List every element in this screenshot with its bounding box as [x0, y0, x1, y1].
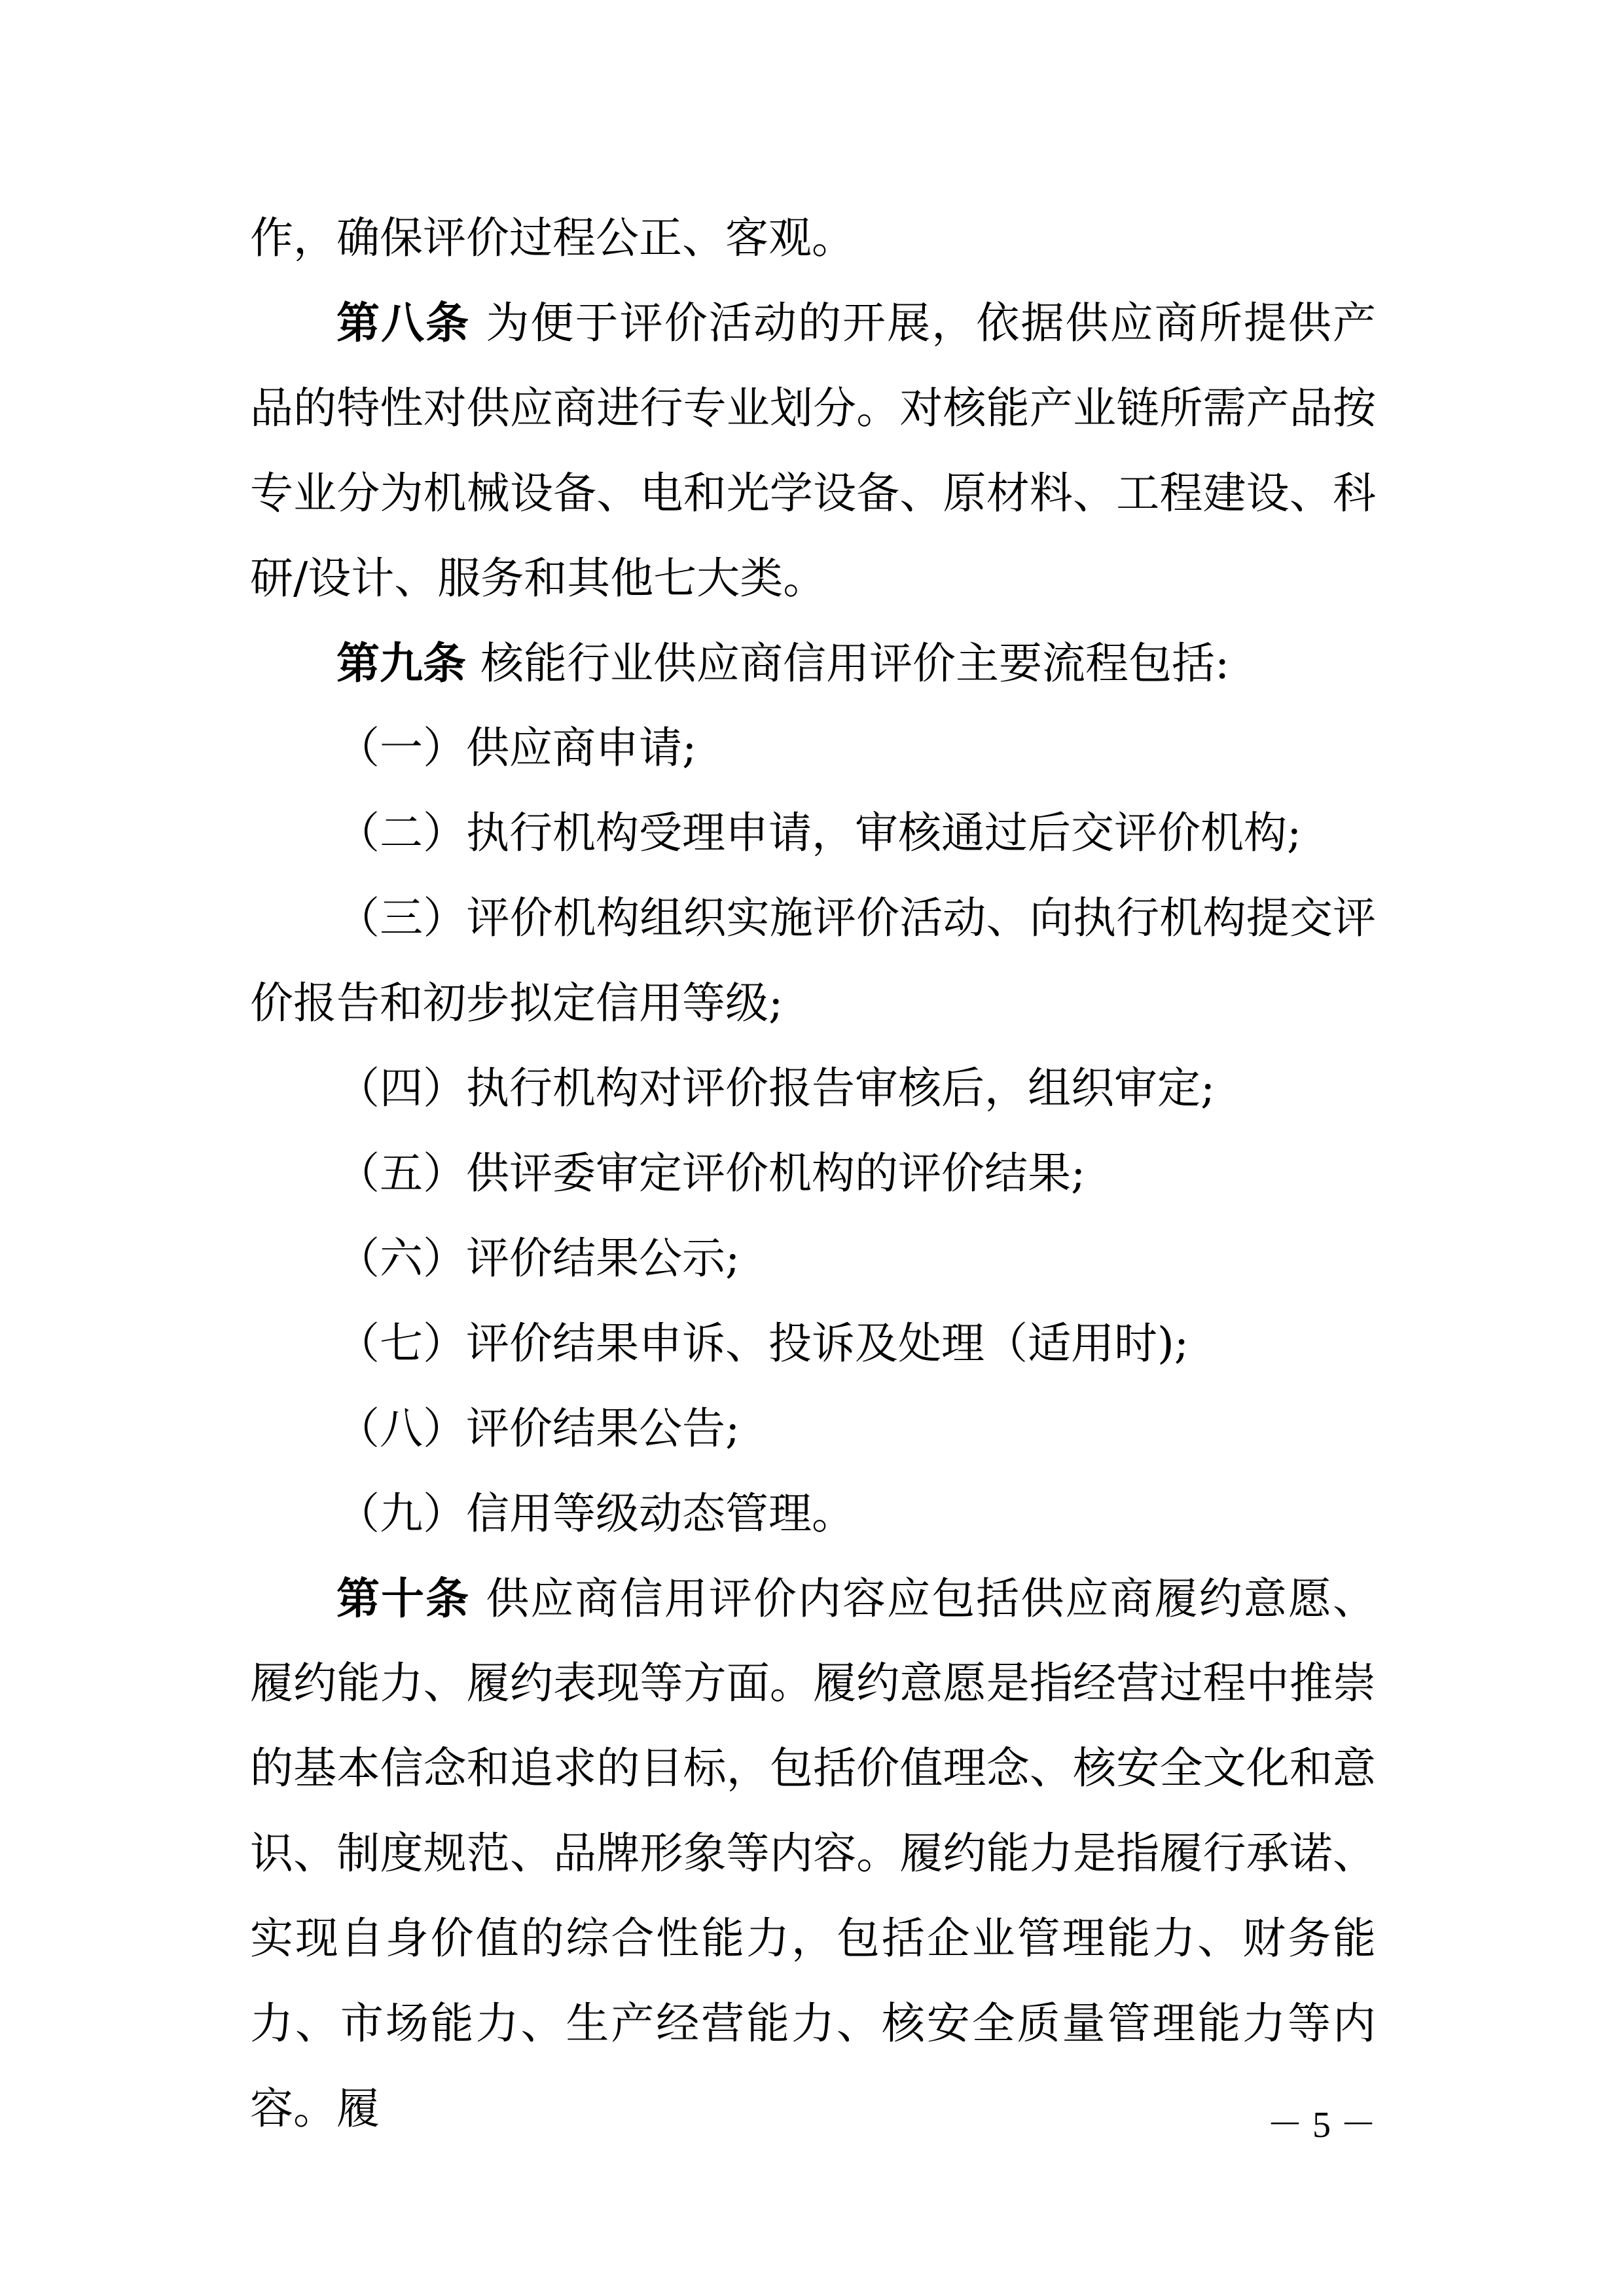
list-item-5: （五）供评委审定评价机构的评价结果; — [250, 1131, 1376, 1216]
list-item-text: （五）供评委审定评价机构的评价结果; — [336, 1148, 1085, 1198]
list-item-text: （八）评价结果公告; — [336, 1403, 740, 1454]
list-item-text: （九）信用等级动态管理。 — [336, 1488, 855, 1539]
list-item-7: （七）评价结果申诉、投诉及处理（适用时); — [250, 1301, 1376, 1386]
list-item-text: （六）评价结果公示; — [336, 1233, 740, 1283]
list-item-9: （九）信用等级动态管理。 — [250, 1471, 1376, 1556]
list-item-text: （二）执行机构受理申请，审核通过后交评价机构; — [336, 808, 1301, 858]
article-9-paragraph: 第九条核能行业供应商信用评价主要流程包括: — [250, 621, 1376, 706]
list-item-6: （六）评价结果公示; — [250, 1216, 1376, 1301]
list-item-text: （七）评价结果申诉、投诉及处理（适用时); — [336, 1318, 1189, 1369]
article-heading: 第九条 — [336, 638, 466, 689]
article-heading: 第十条 — [336, 1573, 470, 1624]
list-item-4: （四）执行机构对评价报告审核后，组织审定; — [250, 1046, 1376, 1131]
article-10-paragraph: 第十条供应商信用评价内容应包括供应商履约意愿、履约能力、履约表现等方面。履约意愿… — [250, 1556, 1376, 2151]
paragraph-text: 核能行业供应商信用评价主要流程包括: — [480, 638, 1229, 689]
page-number: － 5 － — [1267, 2102, 1377, 2148]
list-item-text: （三）评价机构组织实施评价活动、向执行机构提交评价报告和初步拟定信用等级; — [250, 893, 1376, 1028]
paragraph-text: 供应商信用评价内容应包括供应商履约意愿、履约能力、履约表现等方面。履约意愿是指经… — [250, 1573, 1376, 2134]
list-item-2: （二）执行机构受理申请，审核通过后交评价机构; — [250, 791, 1376, 876]
paragraph-continuation: 作，确保评价过程公正、客观。 — [250, 196, 1376, 281]
article-8-paragraph: 第八条为便于评价活动的开展，依据供应商所提供产品的特性对供应商进行专业划分。对核… — [250, 281, 1376, 621]
list-item-3: （三）评价机构组织实施评价活动、向执行机构提交评价报告和初步拟定信用等级; — [250, 876, 1376, 1046]
document-body: 作，确保评价过程公正、客观。 第八条为便于评价活动的开展，依据供应商所提供产品的… — [250, 196, 1376, 2151]
list-item-text: （一）供应商申请; — [336, 723, 696, 773]
paragraph-text: 作，确保评价过程公正、客观。 — [250, 213, 855, 263]
list-item-text: （四）执行机构对评价报告审核后，组织审定; — [336, 1063, 1215, 1113]
article-heading: 第八条 — [336, 298, 470, 348]
list-item-8: （八）评价结果公告; — [250, 1386, 1376, 1471]
list-item-1: （一）供应商申请; — [250, 706, 1376, 791]
